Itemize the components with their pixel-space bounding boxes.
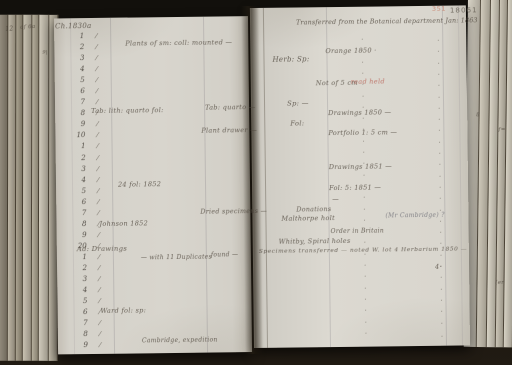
ditto-mark: · bbox=[440, 275, 443, 282]
ditto-mark: · bbox=[362, 138, 365, 145]
ditto-mark: · bbox=[438, 60, 441, 67]
ditto-mark-columns: ········································… bbox=[0, 0, 510, 3]
handwritten-entry: Cambridge, expedition bbox=[142, 337, 218, 344]
handwritten-entry: — bbox=[332, 196, 339, 203]
handwritten-entry: Malthorpe holt bbox=[281, 215, 335, 222]
register-row: 10 / bbox=[59, 131, 111, 143]
ditto-mark: · bbox=[363, 150, 366, 157]
edge-writing-fragment: 12 bbox=[5, 26, 14, 33]
ditto-mark: · bbox=[365, 308, 368, 315]
ditto-mark: · bbox=[363, 217, 366, 224]
row-number: 1 bbox=[60, 143, 86, 151]
ditto-mark: · bbox=[361, 37, 364, 44]
handwritten-entry: 24 fol: 1852 bbox=[118, 181, 161, 188]
tick-mark: / bbox=[96, 175, 99, 183]
ditto-mark: · bbox=[362, 59, 365, 66]
tick-mark: / bbox=[97, 209, 100, 217]
register-row: 4 / bbox=[61, 286, 113, 298]
ditto-mark: · bbox=[439, 196, 442, 203]
tick-mark: / bbox=[95, 54, 98, 62]
tick-mark: / bbox=[97, 231, 100, 239]
ditto-mark: · bbox=[441, 334, 444, 341]
ditto-mark: · bbox=[364, 285, 367, 292]
handwritten-entry: — with 11 Duplicates bbox=[141, 255, 212, 262]
register-row: 2 / bbox=[61, 264, 113, 276]
register-row: 2 / bbox=[60, 153, 112, 165]
handwritten-entry: Fol: 5: 1851 — bbox=[329, 184, 381, 191]
handwritten-entry: Sp: — bbox=[287, 100, 309, 107]
tick-mark: / bbox=[97, 198, 100, 206]
tick-mark: / bbox=[96, 142, 99, 150]
ditto-mark: · bbox=[441, 309, 444, 316]
ditto-mark: · bbox=[438, 128, 441, 135]
tick-mark: / bbox=[98, 286, 101, 294]
tick-mark: / bbox=[98, 330, 101, 338]
ditto-mark: · bbox=[439, 219, 442, 226]
edge-writing-fragment: f= bbox=[498, 128, 505, 134]
handwritten-entry: Plants of sm: coll: mounted — bbox=[125, 39, 232, 47]
ditto-mark: · bbox=[440, 241, 443, 248]
ditto-mark: · bbox=[440, 264, 443, 271]
ditto-mark: · bbox=[438, 117, 441, 124]
register-row: 3 / bbox=[58, 54, 110, 66]
register-row: 4 / bbox=[60, 175, 112, 187]
row-number: 6 bbox=[62, 308, 88, 316]
register-row: 1 / bbox=[61, 253, 113, 265]
ditto-mark: · bbox=[362, 127, 365, 134]
register-row: 4 / bbox=[59, 65, 111, 77]
edge-writing-fragment: 8 bbox=[476, 113, 480, 119]
open-register-book: Ch.1830a 1 / 2 / 3 / 4 / bbox=[0, 0, 512, 365]
register-row: 1 / bbox=[58, 32, 110, 44]
ditto-mark: · bbox=[363, 161, 366, 168]
edge-writing-fragment: 9| bbox=[42, 51, 48, 56]
register-row: 5 / bbox=[59, 76, 111, 88]
register-row: 8 / bbox=[62, 330, 114, 342]
folio-stamp-red: 351 bbox=[432, 6, 446, 13]
tick-mark: / bbox=[97, 186, 100, 194]
row-number: 3 bbox=[60, 165, 86, 173]
ditto-mark: · bbox=[440, 230, 443, 237]
accession-stamp: 18061 bbox=[450, 7, 478, 14]
tick-mark: / bbox=[95, 76, 98, 84]
ditto-mark: · bbox=[364, 251, 367, 258]
ditto-mark: · bbox=[438, 106, 441, 113]
row-number: 7 bbox=[62, 319, 88, 327]
ledger-photo: Ch.1830a 1 / 2 / 3 / 4 / bbox=[0, 0, 512, 365]
row-number: 10 bbox=[59, 132, 85, 140]
row-number: 4 bbox=[59, 65, 85, 73]
ditto-mark: · bbox=[438, 83, 441, 90]
register-row: 1 / bbox=[60, 142, 112, 154]
ditto-mark: · bbox=[363, 195, 366, 202]
row-number: 1 bbox=[58, 32, 84, 40]
handwritten-entry: read held bbox=[351, 78, 385, 85]
handwritten-entry: Ward fol: sp: bbox=[101, 307, 147, 314]
ditto-mark: · bbox=[365, 319, 368, 326]
tick-mark: / bbox=[96, 131, 99, 139]
row-number: 3 bbox=[58, 54, 84, 62]
row-number: 4 bbox=[61, 286, 87, 294]
row-number: 4 bbox=[60, 176, 86, 184]
tick-mark: / bbox=[95, 87, 98, 95]
ditto-mark: · bbox=[439, 173, 442, 180]
ditto-mark: · bbox=[361, 48, 364, 55]
tick-mark: / bbox=[95, 32, 98, 40]
row-number: 8 bbox=[60, 220, 86, 228]
left-page-entries: Plants of sm: coll: mounted —Tab: lith: … bbox=[0, 0, 510, 3]
register-row: 3 / bbox=[60, 164, 112, 176]
row-number: 8 bbox=[59, 109, 85, 117]
ditto-mark: · bbox=[362, 104, 365, 111]
ditto-mark: · bbox=[439, 185, 442, 192]
specimen-number-column: 1 / 2 / 3 / 4 / 5 / 6 bbox=[58, 32, 114, 353]
row-number: 1 bbox=[61, 253, 87, 261]
row-number: 5 bbox=[61, 297, 87, 305]
ditto-mark: · bbox=[440, 286, 443, 293]
right-page-entries: Orange 1850 ·Herb: Sp:Not of 5 cmread he… bbox=[0, 0, 510, 3]
row-number: 2 bbox=[61, 264, 87, 272]
tick-mark: / bbox=[96, 120, 99, 128]
handwritten-entry: Herb: Sp: bbox=[272, 56, 309, 63]
row-number: 5 bbox=[59, 76, 85, 84]
handwritten-entry: Dried specimens — bbox=[200, 209, 267, 216]
row-number: 8 bbox=[62, 330, 88, 338]
handwritten-entry: Donations bbox=[296, 207, 331, 214]
tick-mark: / bbox=[98, 319, 101, 327]
ditto-mark: · bbox=[363, 206, 366, 213]
tick-mark: / bbox=[96, 164, 99, 172]
handwriting-layer: Ch.1830a 1 / 2 / 3 / 4 / bbox=[0, 0, 512, 365]
ditto-mark: · bbox=[437, 38, 440, 45]
ditto-mark: · bbox=[362, 71, 365, 78]
row-number: 3 bbox=[61, 275, 87, 283]
ditto-mark: · bbox=[364, 274, 367, 281]
row-number: 9 bbox=[59, 120, 85, 128]
row-number: 2 bbox=[60, 154, 86, 162]
edge-writing-fragment: (er bbox=[495, 281, 504, 287]
left-page-header: Ch.1830a bbox=[55, 23, 92, 30]
handwritten-entry: (Mr Cambridge) ? bbox=[385, 213, 444, 220]
ditto-mark: · bbox=[439, 151, 442, 158]
register-row: 9 / bbox=[62, 341, 114, 353]
row-number: 5 bbox=[60, 187, 86, 195]
tick-mark: / bbox=[95, 43, 98, 51]
ditto-mark: · bbox=[438, 72, 441, 79]
handwritten-entry: Drawings 1851 — bbox=[329, 163, 392, 170]
row-number: 2 bbox=[58, 43, 84, 51]
ditto-mark: · bbox=[362, 116, 365, 123]
handwritten-entry: Ad: Drawings bbox=[77, 246, 127, 253]
ditto-mark: · bbox=[363, 172, 366, 179]
register-row: 9 / bbox=[61, 231, 113, 243]
transfer-note-header: Transferred from the Botanical departmen… bbox=[296, 18, 478, 27]
ditto-mark: · bbox=[364, 297, 367, 304]
tick-mark: / bbox=[98, 264, 101, 272]
row-number: 7 bbox=[60, 209, 86, 217]
tick-mark: / bbox=[98, 341, 101, 349]
edge-writing-fragment: of 6a bbox=[20, 25, 36, 31]
register-row: 9 / bbox=[59, 120, 111, 132]
tick-mark: / bbox=[96, 153, 99, 161]
handwritten-entry: Tab: quarto — bbox=[205, 104, 256, 111]
handwritten-entry: Johnson 1852 bbox=[99, 220, 148, 227]
ditto-mark: · bbox=[440, 298, 443, 305]
tick-mark: / bbox=[96, 98, 99, 106]
tick-mark: / bbox=[98, 275, 101, 283]
register-row: 3 / bbox=[61, 275, 113, 287]
ditto-mark: · bbox=[365, 330, 368, 337]
handwritten-entry: Whitby, Spiral holes bbox=[279, 238, 351, 245]
tick-mark: / bbox=[97, 253, 100, 261]
ditto-mark: · bbox=[439, 162, 442, 169]
ditto-mark: · bbox=[441, 320, 444, 327]
row-number: 9 bbox=[62, 341, 88, 349]
row-number: 6 bbox=[60, 198, 86, 206]
handwritten-entry: Drawings 1850 — bbox=[328, 109, 391, 116]
ditto-mark: · bbox=[364, 229, 367, 236]
ditto-mark: · bbox=[439, 207, 442, 214]
ditto-mark: · bbox=[362, 93, 365, 100]
edge-writing-fragments: 12of 6a9|8f=(er bbox=[0, 0, 510, 3]
ditto-mark: · bbox=[438, 139, 441, 146]
ditto-mark: · bbox=[438, 94, 441, 101]
register-row: 5 / bbox=[60, 186, 112, 198]
register-row: 6 / bbox=[60, 197, 112, 209]
handwritten-entry: Fol: bbox=[290, 120, 304, 127]
handwritten-entry: Order in Britain bbox=[331, 228, 384, 235]
register-row: 7 / bbox=[60, 209, 112, 221]
row-number: 9 bbox=[61, 231, 87, 239]
row-number: 7 bbox=[59, 98, 85, 106]
row-number: 6 bbox=[59, 87, 85, 95]
ditto-mark: · bbox=[364, 263, 367, 270]
tick-mark: / bbox=[98, 297, 101, 305]
ditto-mark: · bbox=[364, 240, 367, 247]
register-row: 2 / bbox=[58, 43, 110, 55]
ditto-mark: · bbox=[437, 49, 440, 56]
tick-mark: / bbox=[95, 65, 98, 73]
ditto-mark: · bbox=[440, 252, 443, 259]
handwritten-entry: Tab: lith: quarto fol: bbox=[91, 107, 164, 114]
ditto-mark: · bbox=[362, 82, 365, 89]
handwritten-entry: Orange 1850 · bbox=[325, 48, 376, 55]
handwritten-entry: found — bbox=[211, 252, 238, 258]
handwritten-entry: Plant drawer — bbox=[201, 127, 257, 134]
register-row: 6 / bbox=[59, 87, 111, 99]
register-row: 7 / bbox=[62, 319, 114, 331]
ditto-mark: · bbox=[363, 184, 366, 191]
